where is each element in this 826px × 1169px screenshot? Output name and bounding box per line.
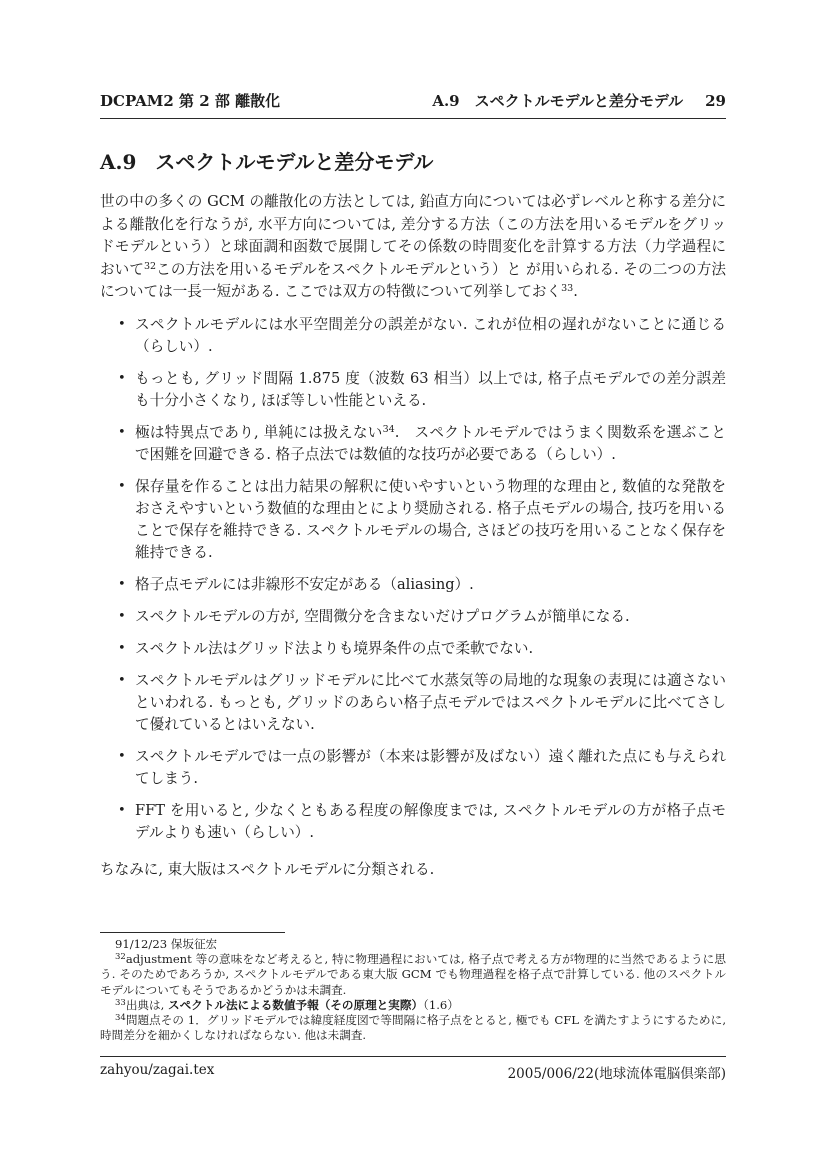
list-item: •スペクトル法はグリッド法よりも境界条件の点で柔軟でない.	[120, 638, 726, 660]
bullet-icon: •	[118, 314, 126, 336]
list-item-text: スペクトルモデルには水平空間差分の誤差がない. これが位相の遅れがないことに通じ…	[135, 316, 726, 355]
footnote-34-marker: 34	[115, 1013, 126, 1023]
bullet-icon: •	[118, 670, 126, 692]
bullet-icon: •	[118, 746, 126, 768]
page-footer: zahyou/zagai.tex 2005/006/22(地球流体電脳倶楽部)	[100, 1056, 726, 1082]
bullet-icon: •	[118, 574, 126, 596]
list-item-text: もっとも, グリッド間隔 1.875 度（波数 63 相当）以上では, 格子点モ…	[135, 370, 726, 409]
header-left-title: DCPAM2 第 2 部 離散化	[100, 90, 280, 111]
intro-text-3: .	[573, 283, 578, 300]
footnote-32: 32adjustment 等の意味をなど考えると, 特に物理過程においては, 格…	[100, 952, 726, 998]
footnote-separator-rule	[100, 932, 285, 933]
intro-paragraph: 世の中の多くの GCM の離散化の方法としては, 鉛直方向については必ずレベルと…	[100, 191, 726, 304]
footnote-ref-32: 32	[144, 261, 156, 272]
footnote-33-marker: 33	[115, 998, 126, 1008]
list-item: •極は特異点であり, 単純には扱えない34. スペクトルモデルではうまく関数系を…	[120, 422, 726, 466]
bullet-icon: •	[118, 476, 126, 498]
feature-list: •スペクトルモデルには水平空間差分の誤差がない. これが位相の遅れがないことに通…	[100, 314, 726, 844]
intro-text-2: この方法を用いるモデルをスペクトルモデルという）と が用いられる. その二つの方…	[100, 261, 726, 301]
bullet-icon: •	[118, 422, 126, 444]
section-number: A.9	[100, 150, 136, 174]
bullet-icon: •	[118, 800, 126, 822]
footnote-34-text: 問題点その 1．グリッドモデルでは緯度経度図で等間隔に格子点をとると, 極でも …	[100, 1013, 726, 1042]
footer-filename: zahyou/zagai.tex	[100, 1062, 214, 1082]
list-item-text: 保存量を作ることは出力結果の解釈に使いやすいという物理的な理由と, 数値的な発散…	[135, 478, 726, 561]
list-item: •格子点モデルには非線形不安定がある（aliasing）.	[120, 574, 726, 596]
list-item-text: 格子点モデルには非線形不安定がある（aliasing）.	[135, 576, 474, 593]
header-right: A.9 スペクトルモデルと差分モデル 29	[432, 90, 726, 111]
list-item: •スペクトルモデルには水平空間差分の誤差がない. これが位相の遅れがないことに通…	[120, 314, 726, 358]
bullet-icon: •	[118, 606, 126, 628]
footnote-33-text: 出典は,	[126, 998, 168, 1012]
footnote-34: 34問題点その 1．グリッドモデルでは緯度経度図で等間隔に格子点をとると, 極で…	[100, 1013, 726, 1043]
header-section-title: A.9 スペクトルモデルと差分モデル	[432, 90, 683, 111]
bullet-icon: •	[118, 368, 126, 390]
section-title-text: スペクトルモデルと差分モデル	[155, 146, 433, 175]
list-item-text: スペクトルモデルはグリッドモデルに比べて水蒸気等の局地的な現象の表現には適さない…	[135, 672, 726, 733]
list-item: •スペクトルモデルの方が, 空間微分を含まないだけプログラムが簡単になる.	[120, 606, 726, 628]
footnote-ref-34: 34	[383, 424, 395, 435]
footnote-32-text: adjustment 等の意味をなど考えると, 特に物理過程においては, 格子点…	[100, 952, 726, 996]
list-item-text: スペクトル法はグリッド法よりも境界条件の点で柔軟でない.	[135, 640, 533, 657]
bullet-icon: •	[118, 638, 126, 660]
footnotes-block: 91/12/23 保坂征宏 32adjustment 等の意味をなど考えると, …	[100, 932, 726, 1043]
list-item: •FFT を用いると, 少なくともある程度の解像度までは, スペクトルモデルの方…	[120, 800, 726, 844]
list-item-text: FFT を用いると, 少なくともある程度の解像度までは, スペクトルモデルの方が…	[135, 802, 726, 841]
document-page: DCPAM2 第 2 部 離散化 A.9 スペクトルモデルと差分モデル 29 A…	[0, 0, 826, 1169]
closing-paragraph: ちなみに, 東大版はスペクトルモデルに分類される.	[100, 859, 726, 882]
list-item: •スペクトルモデルでは一点の影響が（本来は影響が及ばない）遠く離れた点にも与えら…	[120, 746, 726, 790]
list-item: •保存量を作ることは出力結果の解釈に使いやすいという物理的な理由と, 数値的な発…	[120, 476, 726, 564]
page-header: DCPAM2 第 2 部 離散化 A.9 スペクトルモデルと差分モデル 29	[100, 90, 726, 119]
footnote-32-marker: 32	[115, 952, 126, 962]
footnote-33: 33出典は, スペクトル法による数値予報（その原理と実際）（1.6）	[100, 998, 726, 1013]
footnote-33-ref-number: （1.6）	[423, 998, 459, 1012]
list-item-text: スペクトルモデルの方が, 空間微分を含まないだけプログラムが簡単になる.	[135, 608, 630, 625]
footer-date-organization: 2005/006/22(地球流体電脳倶楽部)	[508, 1062, 726, 1082]
footnote-signature: 91/12/23 保坂征宏	[100, 937, 726, 952]
list-item-text: 極は特異点であり, 単純には扱えない	[135, 424, 383, 441]
footnote-33-source-title: スペクトル法による数値予報（その原理と実際）	[168, 998, 423, 1012]
footnote-ref-33: 33	[561, 283, 573, 294]
list-item: •もっとも, グリッド間隔 1.875 度（波数 63 相当）以上では, 格子点…	[120, 368, 726, 412]
header-page-number: 29	[705, 92, 726, 110]
section-heading: A.9 スペクトルモデルと差分モデル	[100, 146, 726, 175]
list-item: •スペクトルモデルはグリッドモデルに比べて水蒸気等の局地的な現象の表現には適さな…	[120, 670, 726, 736]
list-item-text: スペクトルモデルでは一点の影響が（本来は影響が及ばない）遠く離れた点にも与えられ…	[135, 748, 726, 787]
